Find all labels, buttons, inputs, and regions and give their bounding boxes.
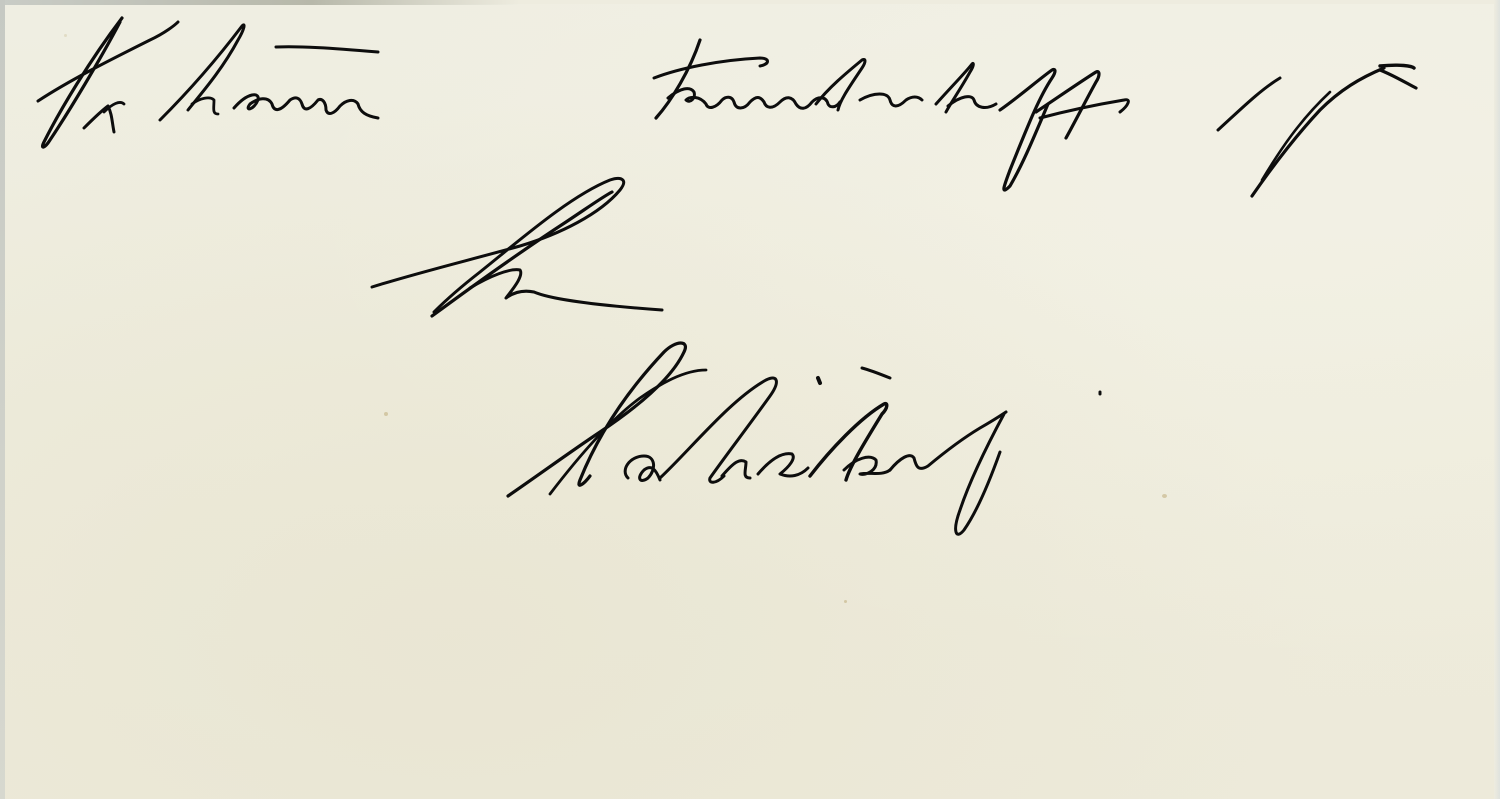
handwriting-line-closing [372, 178, 662, 316]
scanned-card: In treuer Freundschaft Ihr Halický [0, 0, 1500, 799]
handwriting-line-dedication [38, 18, 1416, 196]
handwriting-ink [0, 0, 1500, 799]
handwriting-line-signature [508, 343, 1100, 534]
